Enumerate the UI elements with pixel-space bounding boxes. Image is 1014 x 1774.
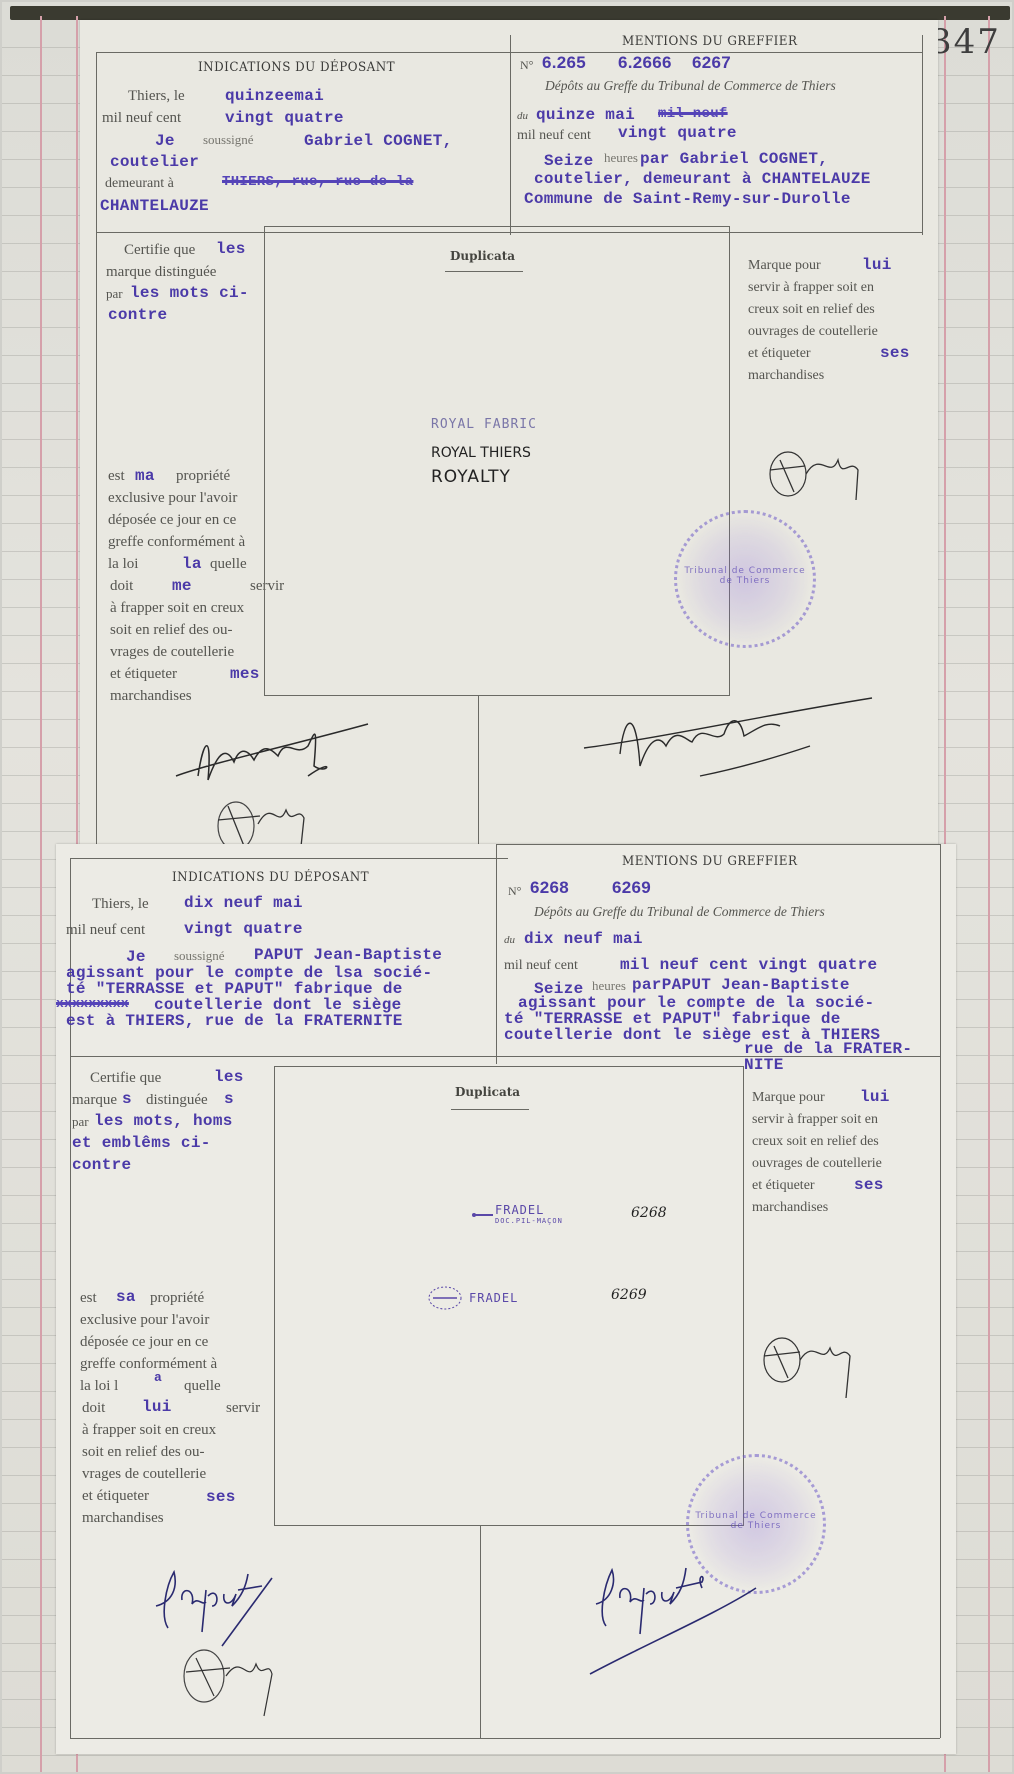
label-du: du <box>504 934 515 946</box>
deposant-header: INDICATIONS DU DÉPOSANT <box>172 870 369 885</box>
page-number: 347 <box>930 22 1001 62</box>
depot-line: Dépôts au Greffe du Tribunal de Commerce… <box>545 78 836 94</box>
typed-date: quinzeemai <box>225 87 324 105</box>
text-etiqueter: et étiqueter <box>752 1178 815 1194</box>
text-exclusive: exclusive pour l'avoir <box>80 1312 209 1329</box>
text-doit: doit <box>82 1400 105 1417</box>
typed-mes: mes <box>230 665 260 683</box>
deposit-number-handwritten: 6268 <box>631 1205 667 1221</box>
form-border <box>96 52 922 53</box>
text-relief: soit en relief des ou- <box>110 622 232 639</box>
typed-hour: Seize <box>544 152 594 170</box>
label-distinguee: distinguée <box>146 1092 208 1109</box>
typed-profession: coutelier <box>110 153 199 171</box>
label-numero: N° <box>508 884 521 899</box>
typed-ma: ma <box>135 467 155 485</box>
ledger-page: 347 INDICATIONS DU DÉPOSANT Thiers, le q… <box>0 0 1014 1774</box>
depot-line: Dépôts au Greffe du Tribunal de Commerce… <box>534 904 825 920</box>
struck-text: xxxxxxxxx <box>56 996 129 1011</box>
typed-address: CHANTELAUZE <box>100 197 209 215</box>
text-exclusive: exclusive pour l'avoir <box>108 490 237 507</box>
text-deposee: déposée ce jour en ce <box>108 512 236 529</box>
text-ouvrages: vrages de coutellerie <box>82 1466 206 1483</box>
label-du: du <box>517 110 528 122</box>
form-border <box>96 52 97 872</box>
label-certifie-que: Certifie que <box>90 1070 161 1087</box>
greffier-header: MENTIONS DU GREFFIER <box>622 854 797 869</box>
depositor-signature-paput-right <box>586 1564 806 1684</box>
label-marque-pour: Marque pour <box>752 1090 825 1106</box>
text-frapper: à frapper soit en creux <box>110 600 244 617</box>
struck-text: mil neuf <box>658 106 728 122</box>
depositor-signature-cognet-right <box>580 696 880 786</box>
typed-me: me <box>172 577 192 595</box>
label-thiers-le: Thiers, le <box>92 896 149 913</box>
knife-emblem-icon <box>427 1285 467 1311</box>
typed-mark-description-2: et emblêms ci- <box>72 1134 211 1152</box>
duplicata-box: Duplicata FRADEL DOC.PIL-MAÇON 6268 FRAD… <box>274 1066 744 1526</box>
text-marchandises: marchandises <box>82 1510 164 1527</box>
label-heures: heures <box>604 150 638 166</box>
signature-divider <box>480 1526 481 1738</box>
text-la-loi: la loi l <box>80 1378 118 1395</box>
struck-address: THIERS, rue, rue de la <box>222 174 413 190</box>
text-ouvrages: ouvrages de coutellerie <box>748 324 878 340</box>
typed-year: vingt quatre <box>184 920 303 938</box>
text-relief: soit en relief des ou- <box>82 1444 204 1461</box>
label-propriete: propriété <box>150 1290 204 1307</box>
registration-form-1: INDICATIONS DU DÉPOSANT Thiers, le quinz… <box>80 20 938 875</box>
column-divider <box>510 35 511 235</box>
typed-depositor: parPAPUT Jean-Baptiste <box>632 976 850 994</box>
label-numero: N° <box>520 58 533 73</box>
text-frapper: à frapper soit en creux <box>82 1422 216 1439</box>
typed-deposit-year: mil neuf cent vingt quatre <box>620 956 877 974</box>
typed-mark-description: les mots ci- <box>130 284 249 302</box>
label-par: par <box>106 286 123 302</box>
label-mil-neuf-cent: mil neuf cent <box>517 128 591 144</box>
label-soussigne: soussigné <box>203 132 254 148</box>
label-marque-distinguee: marque distinguée <box>106 264 216 281</box>
label-marque: marque <box>72 1092 117 1109</box>
margin-red-line <box>988 16 990 1772</box>
label-est: est <box>80 1290 97 1307</box>
duplicata-header: Duplicata <box>455 1085 520 1099</box>
form-border <box>496 844 940 845</box>
label-heures: heures <box>592 978 626 994</box>
typed-lui: lui <box>862 256 892 274</box>
typed-deposit-date: dix neuf mai <box>524 930 643 948</box>
typed-sa: sa <box>116 1288 136 1306</box>
text-la-loi: la loi <box>108 556 138 573</box>
typed-depositor: par Gabriel COGNET, <box>640 150 828 168</box>
duplicata-header: Duplicata <box>450 249 515 263</box>
deposit-number: 6269 <box>612 878 651 898</box>
typed-la: la <box>182 555 202 573</box>
form-border <box>922 35 923 235</box>
label-mil-neuf-cent: mil neuf cent <box>66 922 145 939</box>
text-creux: creux soit en relief des <box>748 302 875 318</box>
typed-contre: contre <box>72 1156 131 1174</box>
typed-ses: ses <box>206 1488 236 1506</box>
typed-depositor-commune: Commune de Saint-Remy-sur-Durolle <box>524 190 851 208</box>
trademark-royal-thiers: ROYAL THIERS <box>431 445 531 461</box>
typed-street-cont: NITE <box>744 1056 784 1074</box>
text-quelle: quelle <box>210 556 247 573</box>
text-doit: doit <box>110 578 133 595</box>
typed-ses: ses <box>854 1176 884 1194</box>
margin-red-line <box>40 16 42 1772</box>
typed-deposit-year: vingt quatre <box>618 124 737 142</box>
typed-lui: lui <box>860 1088 890 1106</box>
official-stamp: Tribunal de Commerce de Thiers <box>674 510 816 648</box>
depositor-signature-paput <box>152 1566 352 1726</box>
column-divider <box>496 844 497 1064</box>
label-soussigne: soussigné <box>174 948 225 964</box>
typed-plural-s: s <box>122 1090 132 1108</box>
label-certifie-que: Certifie que <box>124 242 195 259</box>
typed-ses: ses <box>880 344 910 362</box>
knife-emblem-icon <box>471 1209 495 1221</box>
label-marque-pour: Marque pour <box>748 258 821 274</box>
label-est: est <box>108 468 125 485</box>
text-ouvrages: ouvrages de coutellerie <box>752 1156 882 1172</box>
registration-form-2: INDICATIONS DU DÉPOSANT Thiers, le dix n… <box>56 844 956 1754</box>
typed-name: PAPUT Jean-Baptiste <box>254 946 442 964</box>
deposit-number: 6.265 <box>542 53 586 73</box>
typed-name: Gabriel COGNET, <box>304 132 453 150</box>
label-par: par <box>72 1114 89 1130</box>
deposit-number: 6267 <box>692 53 731 73</box>
typed-depositor-address: coutelier, demeurant à CHANTELAUZE <box>534 170 871 188</box>
text-etiqueter: et étiqueter <box>110 666 177 683</box>
typed-deposit-date: quinze mai <box>536 106 635 124</box>
text-greffe: greffe conformément à <box>80 1356 217 1373</box>
typed-plural-s: s <box>224 1090 234 1108</box>
greffier-header: MENTIONS DU GREFFIER <box>622 34 797 49</box>
typed-les: les <box>216 240 246 258</box>
text-marchandises: marchandises <box>752 1200 828 1216</box>
book-binding-edge <box>10 6 1010 20</box>
text-servir: servir à frapper soit en <box>752 1112 878 1128</box>
deposit-number-handwritten: 6269 <box>611 1287 647 1303</box>
typed-seat-address: est à THIERS, rue de la FRATERNITE <box>66 1012 403 1030</box>
text-greffe: greffe conformément à <box>108 534 245 551</box>
deposit-number: 6268 <box>530 878 569 898</box>
clerk-initials-signature <box>756 1324 866 1404</box>
typed-je: Je <box>155 132 175 150</box>
form-border <box>70 1738 940 1739</box>
depositor-signature-cognet <box>168 706 408 856</box>
label-mil-neuf-cent: mil neuf cent <box>504 958 578 974</box>
text-marchandises: marchandises <box>110 688 192 705</box>
text-ouvrages: vrages de coutellerie <box>110 644 234 661</box>
text-marchandises: marchandises <box>748 368 824 384</box>
text-etiqueter: et étiqueter <box>82 1488 149 1505</box>
form-border <box>940 844 941 1738</box>
deposant-header: INDICATIONS DU DÉPOSANT <box>198 60 395 75</box>
form-border <box>70 858 508 859</box>
typed-les: les <box>214 1068 244 1086</box>
typed-year: vingt quatre <box>225 109 344 127</box>
label-propriete: propriété <box>176 468 230 485</box>
text-deposee: déposée ce jour en ce <box>80 1334 208 1351</box>
text-servir: servir <box>226 1400 260 1417</box>
duplicata-underline <box>451 1109 529 1110</box>
clerk-initials-signature <box>760 440 870 510</box>
deposit-number: 6.2666 <box>618 53 672 73</box>
typed-contre: contre <box>108 306 167 324</box>
duplicata-underline <box>445 271 523 272</box>
text-quelle: quelle <box>184 1378 221 1395</box>
duplicata-box: Duplicata ROYAL FABRIC ROYAL THIERS ROYA… <box>264 226 730 696</box>
typed-a: a <box>154 1370 162 1385</box>
label-mil-neuf-cent: mil neuf cent <box>102 110 181 127</box>
text-servir: servir à frapper soit en <box>748 280 874 296</box>
label-demeurant: demeurant à <box>105 176 174 192</box>
typed-lui: lui <box>142 1398 172 1416</box>
label-thiers-le: Thiers, le <box>128 88 185 105</box>
typed-mark-description: les mots, homs <box>94 1112 233 1130</box>
trademark-stamp: ROYAL FABRIC <box>431 417 537 432</box>
typed-date: dix neuf mai <box>184 894 303 912</box>
text-creux: creux soit en relief des <box>752 1134 879 1150</box>
text-etiqueter: et étiqueter <box>748 346 811 362</box>
trademark-royalty: ROYALTY <box>431 467 511 487</box>
